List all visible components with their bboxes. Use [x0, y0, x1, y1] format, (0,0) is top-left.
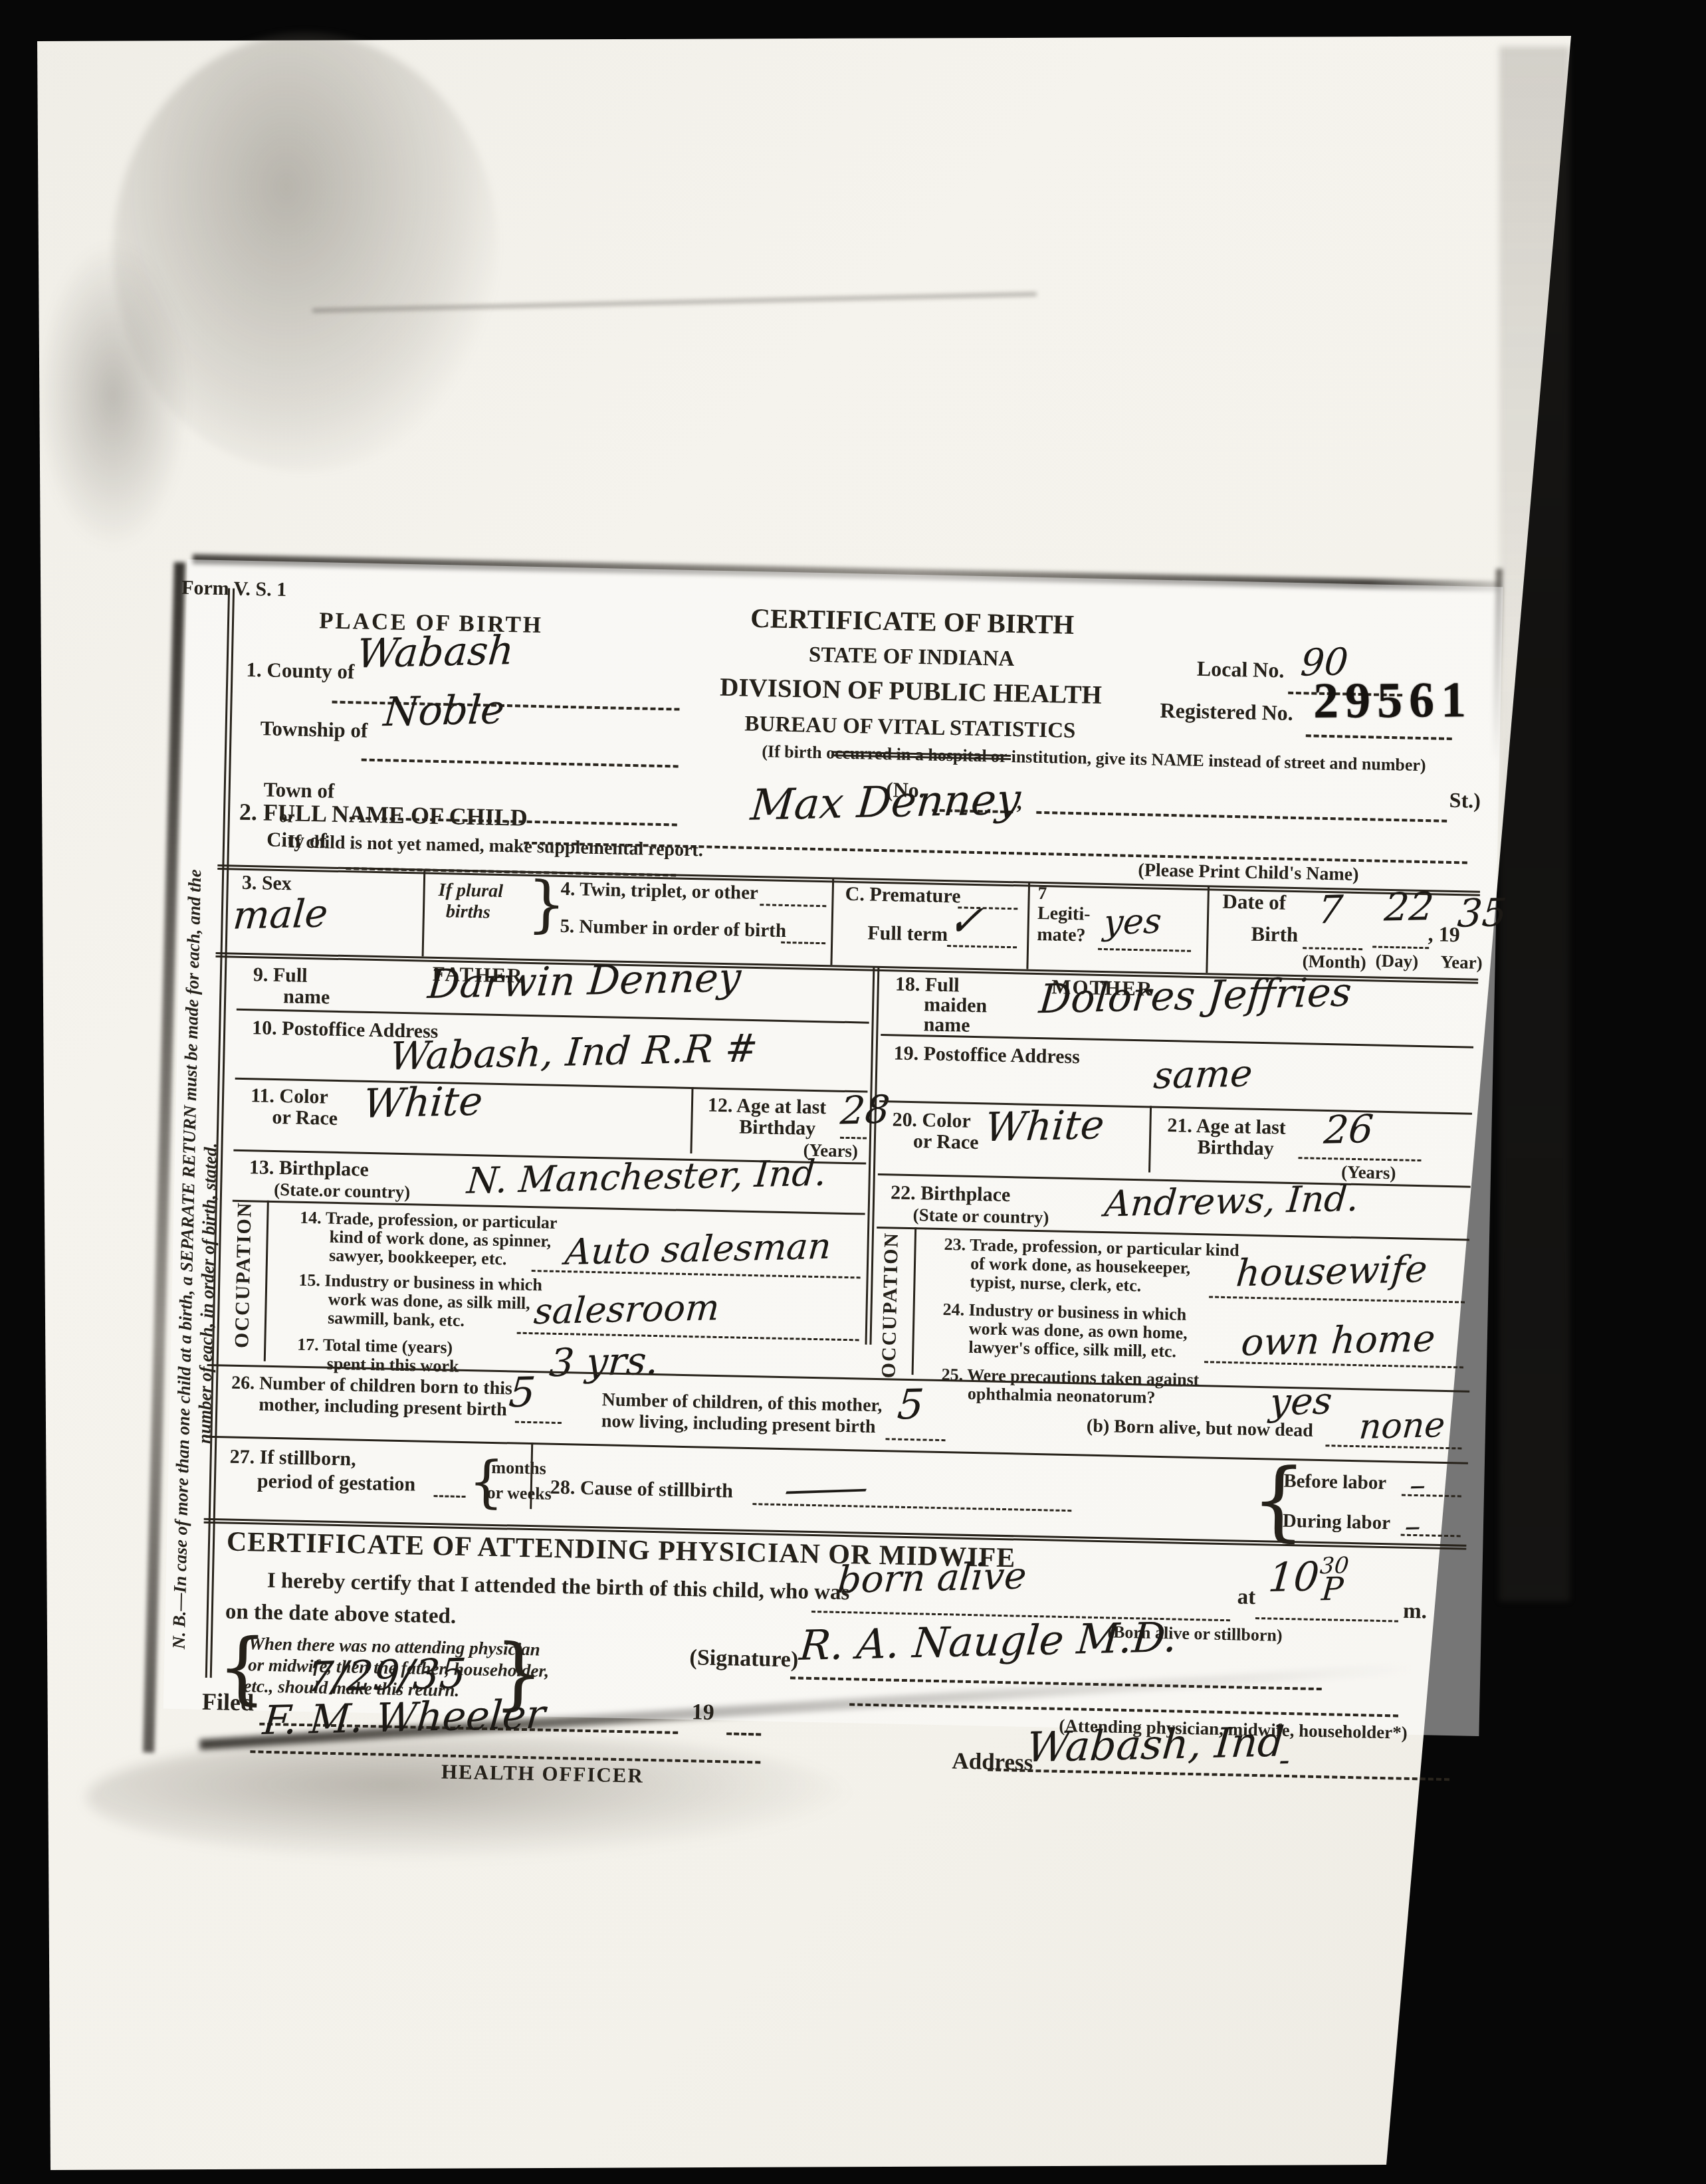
mother-name-label-1: 18. Full — [895, 974, 960, 995]
sex-value: male — [231, 894, 329, 934]
father-time-label-2: spent in this work — [326, 1355, 459, 1375]
mother-name-value: Dolores Jeffries — [1037, 973, 1353, 1020]
filed-label: Filed — [202, 1690, 255, 1715]
registered-no-label: Registered No. — [1160, 700, 1293, 724]
children-born-blank — [515, 1421, 562, 1424]
filed-value: 7/29/35 — [305, 1653, 467, 1698]
signature-label: (Signature) — [689, 1646, 798, 1671]
mother-age-blank — [1298, 1157, 1421, 1161]
mother-industry-label-3: lawyer's office, silk mill, etc. — [968, 1339, 1176, 1361]
children-living-value: 5 — [896, 1384, 926, 1426]
county-label: 1. County of — [246, 659, 354, 682]
order-blank — [781, 942, 825, 944]
father-age-label-1: 12. Age at last — [708, 1096, 827, 1118]
legitimate-blank — [1098, 948, 1191, 952]
birth-time-value: 1030P — [1266, 1556, 1349, 1605]
street-label: St.) — [1449, 789, 1481, 811]
father-name-label-1: 9. Full — [253, 965, 308, 986]
father-trade-value: Auto salesman — [564, 1229, 833, 1270]
mother-birthplace-value: Andrews, Ind. — [1103, 1181, 1360, 1223]
divider-sex — [422, 870, 426, 957]
mother-trade-value: housewife — [1235, 1251, 1429, 1293]
township-value: Noble — [382, 690, 506, 732]
children-born-value: 5 — [507, 1371, 537, 1413]
father-name-value: Darwin Denney — [426, 957, 742, 1005]
full-term-blank — [947, 945, 1017, 948]
signature-blank — [790, 1676, 1322, 1690]
full-term-check: ✓ — [946, 900, 985, 943]
mother-name-label-3: name — [923, 1015, 970, 1035]
mother-occupation-vertical: OCCUPATION — [879, 1239, 901, 1379]
mother-po-value: same — [1152, 1055, 1254, 1094]
mother-color-label-2: or Race — [913, 1132, 979, 1153]
born-alive-value: born alive — [836, 1558, 1028, 1600]
county-value: Wabash — [356, 631, 516, 674]
father-occupation-vertical: OCCUPATION — [232, 1209, 255, 1349]
time-meridiem: P — [1321, 1575, 1344, 1603]
time-hour: 10 — [1267, 1553, 1321, 1601]
date-of-label: Date of — [1222, 891, 1286, 913]
gestation-blank — [434, 1495, 466, 1498]
mother-age-label-2: Birthday — [1197, 1138, 1274, 1159]
during-labor-label: During labor — [1283, 1512, 1391, 1533]
birth-year-value: 35 — [1456, 893, 1509, 933]
birth-month-value: 7 — [1317, 890, 1344, 930]
full-term-label: Full term — [867, 924, 948, 945]
father-age-value: 28 — [839, 1090, 891, 1130]
father-birthplace-sub: (State.or country) — [274, 1181, 410, 1201]
father-trade-label-3: sawyer, bookkeeper, etc. — [329, 1247, 507, 1268]
township-blank — [362, 759, 679, 768]
legitimate-label-1: Legiti- — [1037, 904, 1091, 924]
not-named-note: If child is not yet named, make suppleme… — [288, 833, 703, 860]
birth-month-blank — [1303, 947, 1362, 950]
twin-blank — [760, 904, 826, 907]
children-living-blank — [885, 1438, 945, 1441]
birth-day-value: 22 — [1383, 887, 1436, 927]
certify-line-1: I hereby certify that I attended the bir… — [267, 1570, 849, 1604]
mother-name-label-2: maiden — [924, 995, 988, 1016]
signature-value: R. A. Naugle M.D. — [798, 1617, 1179, 1666]
divider-legitimate — [1026, 883, 1030, 969]
weeks-label: or weeks — [486, 1484, 552, 1503]
filed-year-label: 19 — [691, 1701, 714, 1724]
year-label: Year) — [1440, 953, 1483, 972]
stillborn-label-2: period of gestation — [257, 1472, 416, 1495]
child-name-value: Max Denney — [749, 778, 1022, 827]
father-mother-divider — [865, 967, 879, 1345]
division-heading: DIVISION OF PUBLIC HEALTH — [696, 674, 1126, 708]
father-color-label-2: or Race — [272, 1108, 338, 1129]
child-name-label: 2. FULL NAME OF CHILD — [239, 800, 528, 830]
divider-premature — [830, 878, 834, 965]
certificate-form: N. B.—In case of more than one child at … — [163, 559, 1503, 1736]
address-value: Wabash, Ind — [1025, 1721, 1285, 1768]
year-prefix: , 19 — [1428, 923, 1460, 945]
stillborn-label-1: 27. If stillborn, — [229, 1447, 356, 1470]
day-label: (Day) — [1375, 952, 1418, 971]
father-color-value: White — [362, 1082, 484, 1124]
children-dead-label: (b) Born alive, but now dead — [1087, 1417, 1313, 1440]
at-label: at — [1237, 1586, 1255, 1609]
township-label: Township of — [260, 718, 368, 740]
health-officer-signature: F. M. Wheeler — [261, 1694, 547, 1741]
birth-time-blank — [1255, 1617, 1398, 1623]
before-labor-value: – — [1408, 1469, 1427, 1502]
street-name-blank — [1036, 811, 1447, 823]
father-age-divider — [690, 1087, 693, 1153]
father-industry-label-3: sawmill, bank, etc. — [328, 1310, 465, 1330]
father-time-value: 3 yrs. — [548, 1341, 660, 1382]
premature-label: C. Premature — [845, 884, 960, 907]
father-po-rule — [235, 1078, 868, 1093]
mother-trade-blank — [1209, 1296, 1465, 1303]
legitimate-value: yes — [1103, 904, 1163, 940]
mother-color-value: White — [984, 1105, 1106, 1147]
father-time-label-1: 17. Total time (years) — [297, 1336, 453, 1357]
sex-label: 3. Sex — [242, 873, 292, 894]
children-living-label-2: now living, including present birth — [601, 1412, 876, 1437]
twin-label: 4. Twin, triplet, or other — [560, 880, 758, 903]
mother-age-divider — [1148, 1106, 1152, 1173]
mother-industry-value: own home — [1239, 1320, 1436, 1362]
registered-no-blank — [1306, 734, 1452, 740]
birth-label: Birth — [1251, 924, 1298, 945]
certificate-title: CERTIFICATE OF BIRTH — [698, 603, 1127, 639]
attending-blank — [849, 1703, 1398, 1717]
mother-occupation-rule — [912, 1227, 917, 1375]
father-age-blank — [840, 1137, 867, 1140]
father-occupation-rule — [264, 1201, 269, 1361]
town-label: Town of — [263, 779, 334, 801]
divider-date — [1206, 886, 1210, 973]
hospital-note: (If birth occurred in a hospital or inst… — [698, 742, 1489, 775]
mother-age-value: 26 — [1323, 1110, 1375, 1149]
local-no-label: Local No. — [1197, 658, 1285, 681]
father-age-label-2: Birthday — [739, 1118, 816, 1139]
month-label: (Month) — [1302, 952, 1366, 971]
father-name-label-2: name — [283, 987, 330, 1007]
children-dead-value: none — [1358, 1408, 1446, 1444]
children-born-label-2: mother, including present birth — [259, 1396, 507, 1420]
legitimate-number: 7 — [1037, 884, 1047, 902]
mother-po-label: 19. Postoffice Address — [893, 1043, 1080, 1067]
during-labor-value: – — [1404, 1510, 1422, 1543]
state-heading: STATE OF INDIANA — [697, 642, 1126, 673]
mother-color-label-1: 20. Color — [892, 1110, 971, 1131]
father-po-value: Wabash, Ind R.R # — [388, 1029, 759, 1076]
registered-no-stamp: 29561 — [1313, 674, 1473, 726]
order-label: 5. Number in order of birth — [560, 917, 786, 941]
mother-birthplace-sub: (State or country) — [912, 1206, 1049, 1227]
print-name-note: (Please Print Child's Name) — [1138, 861, 1359, 884]
scanned-birth-certificate: N. B.—In case of more than one child at … — [0, 0, 1706, 2184]
health-officer-label: HEALTH OFFICER — [441, 1761, 645, 1785]
mother-trade-label-3: typist, nurse, clerk, etc. — [970, 1274, 1141, 1294]
father-birthplace-value: N. Manchester, Ind. — [466, 1155, 828, 1199]
cause-label: 28. Cause of stillbirth — [550, 1478, 734, 1502]
father-color-label-1: 11. Color — [251, 1086, 328, 1107]
legitimate-label-2: mate? — [1037, 926, 1086, 945]
m-label: m. — [1403, 1601, 1427, 1623]
birth-day-blank — [1372, 945, 1429, 949]
mother-age-label-1: 21. Age at last — [1167, 1116, 1286, 1138]
mother-birthplace-label: 22. Birthplace — [891, 1183, 1011, 1205]
form-number: Form V. S. 1 — [181, 578, 287, 600]
plural-label-1: If plural — [438, 881, 503, 901]
months-label: months — [491, 1459, 546, 1478]
before-labor-label: Before labor — [1283, 1472, 1386, 1493]
father-birthplace-label: 13. Birthplace — [249, 1157, 370, 1180]
cause-value: — — [782, 1467, 871, 1510]
plural-label-2: births — [446, 902, 491, 922]
bureau-heading: BUREAU OF VITAL STATISTICS — [696, 712, 1125, 744]
father-industry-value: salesroom — [532, 1290, 720, 1330]
mother-precautions-label-2: ophthalmia neonatorum? — [968, 1385, 1156, 1407]
